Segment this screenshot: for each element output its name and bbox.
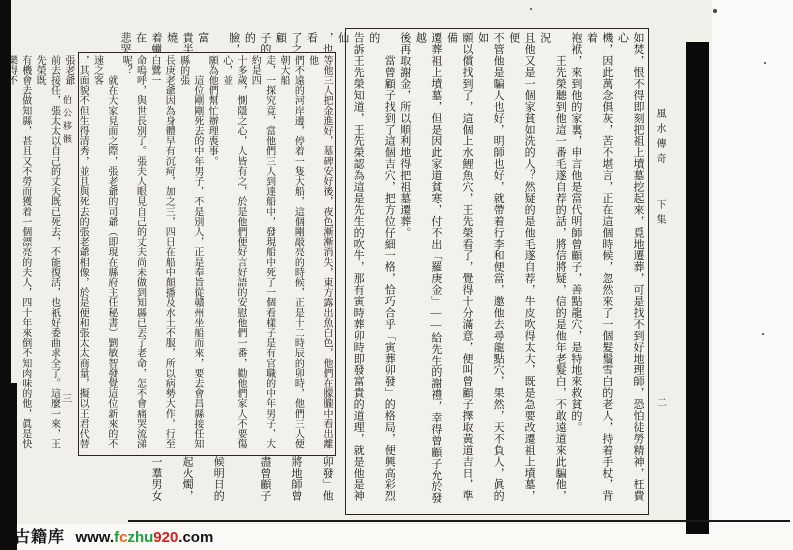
text-column: 這位剛剛死去的中年男子，不是別人，正是奉旨從贛州坐船而來，要去會昌縣接任知縣的張 (175, 55, 204, 453)
text-column: 不管他是騙人也好，明師也好，就帶着行李和便當，邀他去尋龍點穴，果然，天不負人，眞… (474, 32, 505, 511)
watermark-url-segment: .com (178, 529, 213, 546)
text-column: 願以償找到了，這個上水鯉魚穴，王先榮看了，覺得十分滿意，便叫曾顧子擇取黃道吉日，… (443, 32, 474, 511)
text-column: 王先榮聽到他這一番毛遂自荐的話，將信將疑，信的是他年老髮白，不敢遠道來此騙他，況 (536, 32, 567, 511)
left-page-number: 三 (62, 390, 72, 405)
text-column: 且他又是一個家貧如洗的人？然疑的是他毛遂自荐，牛皮吹得太大，既是急要改遷祖上墳墓… (505, 32, 536, 511)
text-column: 遷葬祖上墳墓，但是因此家道貧寒，付不出「羅庚金」——給先生的謝禮，幸得曾顧子允於… (412, 32, 443, 511)
text-column: 願為他們幫忙辦理喪事。 (204, 55, 218, 453)
scan-speck (713, 9, 717, 13)
scan-background-right (712, 0, 793, 550)
scan-speck (762, 333, 764, 335)
text-column: 命嗚呼，與世長別了。張夫人眼見自己的丈夫尚未做到知縣已丟了老命，怎不會痛哭流涕呢… (118, 55, 147, 453)
text-column: 當曾顧子找到了這個吉穴，把方位仔細一格，恰巧合乎「寅葬卯發」的格局，便興高彩烈的 (365, 32, 396, 511)
text-column: 等他三人把金進好，墓碑安好後，夜色漸漸消失，東方露出魚白色，他們在朦朧中看出離他 (304, 55, 333, 453)
text-column: 就在大家見面之際，張老爺的司爺（即現在縣府主任秘書）劉敏智發覺這位新來的不速之客 (89, 55, 118, 453)
left-page-text: 等他三人把金進好，墓碑安好後，夜色漸漸消失，東方露出魚白色，他們在朦朧中看出離他… (81, 55, 333, 453)
volume-label: 下集 (654, 199, 665, 229)
left-page-margin-label: 伯公移骸 (61, 95, 74, 147)
text-column: 後再取謝金，所以順利地得把祖墓遷葬。 (396, 32, 412, 511)
right-page-margin-title: 風水傳奇 下集 (652, 108, 667, 229)
right-page-number: 二 (657, 394, 667, 409)
text-column: 前去接任，張太太以自己的丈夫既已死去，不能復活，也祇好委曲求全了。這麼一來，王先… (32, 55, 61, 453)
text-column: 長庚老爺因為身體早有沉疴，加之三，四日在船中顛播及水土不服，所以病勢大作，行至白… (147, 55, 176, 453)
right-page-text: 如焚，恨不得即刻把祖上墳墓挖起來，覓地遷葬，可是找不到好地理師，恐怕徒勞精神，枉… (349, 32, 645, 511)
watermark: 古籍库 www.fczhu920.com (14, 524, 213, 547)
text-column: 機，因此萬念俱灰，苦不堪言，正在這個時候，忽然來了一個髮鬚雪白的老人，持着手杖，… (583, 32, 614, 511)
scan-speck (764, 62, 766, 64)
watermark-url-segment: www. (75, 529, 114, 546)
text-column: 袍袱，來到他的家裏，申言他是當代明師曾顧子，善點龍穴，是特地來救貧的。 (567, 32, 583, 511)
left-page-frame: 等他三人把金進好，墓碑安好後，夜色漸漸消失，東方露出魚白色，他們在朦朧中看出離他… (78, 52, 336, 456)
text-column: 告訴王先榮知道，王先榮認為這是先生的吹牛，那有寅時葬卯時即發富貴的道理，就是他是… (334, 32, 365, 511)
right-page-frame: 如焚，恨不得即刻把祖上墳墓挖起來，覓地遷葬，可是找不到好地理師，恐怕徒勞精神，枉… (345, 28, 649, 515)
watermark-url-segment: 920 (153, 529, 178, 546)
book-title: 風水傳奇 (654, 108, 665, 168)
scan-edge-bar-right (686, 42, 709, 534)
text-column: 如焚，恨不得即刻把祖上墳墓挖起來，覓地遷葬，可是找不到好地理師，恐怕徒勞精神，枉… (614, 32, 645, 511)
page-bottom-edge-line (128, 520, 790, 522)
text-column: 們不遠的河岸邊，停着一隻大船，這個剛敲亮的時候，正是十二時辰的卯時，他們三人便朝… (276, 55, 305, 453)
text-column: 十多歲，惻隱之心，人皆有之，於是他們便好言好語的安慰他們一番，勸他們家人不要傷心… (218, 55, 247, 453)
scan-speck (530, 8, 532, 10)
text-column: 走，一探究竟，當他們三人到達船中，發現船中死了一個看樣子是有官職的中年男子，大約… (247, 55, 276, 453)
watermark-url-segment: zhu (127, 529, 153, 546)
watermark-site-name: 古籍库 (14, 529, 65, 546)
scanned-book-spread: 如焚，恨不得即刻把祖上墳墓挖起來，覓地遷葬，可是找不到好地理師，恐怕徒勞精神，枉… (0, 0, 793, 550)
watermark-url: www.fczhu920.com (75, 529, 213, 546)
